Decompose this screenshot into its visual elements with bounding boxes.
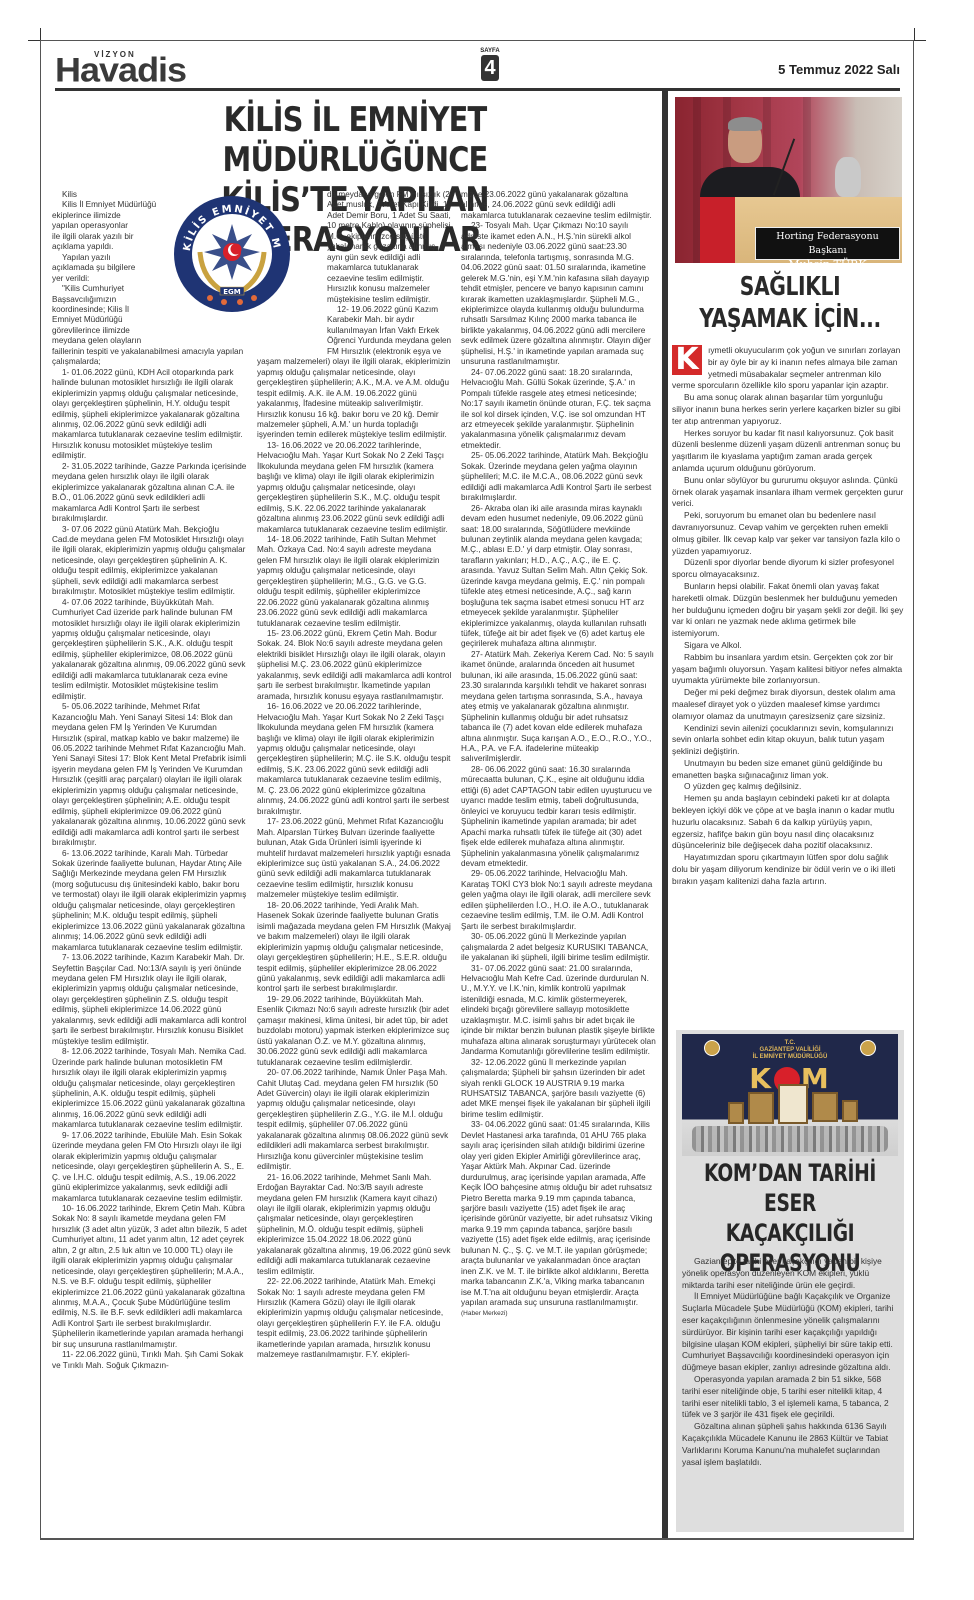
paragraph: 30- 05.06.2022 günü İl Merkezinde yapıla… bbox=[461, 932, 656, 963]
seized-painting bbox=[728, 1102, 744, 1124]
kom-headline-line-1: KOM’DAN TARİHİ bbox=[701, 1158, 879, 1188]
paragraph: mizce 23.06.2022 günü yakalanarak gözalt… bbox=[461, 190, 656, 221]
paragraph: 26- Akraba olan iki aile arasında miras … bbox=[461, 504, 656, 650]
photo-caption: Horting Federasyonu Başkanı Muhsin TÜRK bbox=[755, 227, 900, 260]
paragraph: Sigara ve Alkol. bbox=[672, 640, 904, 652]
paragraph: 28- 06.06.2022 günü saat: 16.30 sıraları… bbox=[461, 765, 656, 870]
paragraph: O yüzden geç kalmış değilsiniz. bbox=[672, 781, 904, 793]
paragraph: Bunların hepsi olabilir. Fakat önemli ol… bbox=[672, 581, 904, 640]
paragraph: Değer mi peki değmez bırak diyorsun, des… bbox=[672, 687, 904, 722]
paragraph: 31- 07.06.2022 günü saat: 21.00 sıraları… bbox=[461, 964, 656, 1058]
seized-painting bbox=[842, 1100, 858, 1122]
paragraph: Gaziantep'te tarihi eser kaçakçılığı yap… bbox=[682, 1256, 900, 1291]
paragraph: 6- 13.06.2022 tarihinde, Karalı Mah. Tür… bbox=[52, 849, 247, 954]
opinion-title-line-1: SAĞLIKLI bbox=[698, 271, 882, 303]
page-number: 4 bbox=[481, 55, 499, 81]
seized-painting bbox=[812, 1092, 838, 1122]
kom-photo: T.C. GAZİANTEP VALİLİĞİ İL EMNİYET MÜDÜR… bbox=[682, 1034, 898, 1156]
paragraph: İl Emniyet Müdürlüğüne bağlı Kaçakçılık … bbox=[682, 1291, 900, 1374]
crop-mark-top-right-h bbox=[914, 40, 926, 41]
paragraph: 2- 31.05.2022 tarihinde, Gazze Parkında … bbox=[52, 462, 247, 525]
main-article: KİLİS EMNİYET MÜDÜRLÜĞÜ EGM Kilis Kilis … bbox=[52, 190, 656, 1540]
paragraph: 32- 12.06.2022 günü İl merkezinde yapıla… bbox=[461, 1058, 656, 1121]
paragraph: 23- Tosyalı Mah. Uçar Çıkmazı No:10 sayı… bbox=[461, 221, 656, 367]
caption-name: Muhsin TÜRK bbox=[756, 258, 899, 263]
paragraph: 11- 22.06.2022 günü, Tırıklı Mah. Şıh Ca… bbox=[52, 1350, 247, 1371]
paragraph: Rabbim bu insanlara yardım etsin. Gerçek… bbox=[672, 652, 904, 687]
banner-text: T.C. GAZİANTEP VALİLİĞİ İL EMNİYET MÜDÜR… bbox=[682, 1040, 898, 1061]
kom-article: T.C. GAZİANTEP VALİLİĞİ İL EMNİYET MÜDÜR… bbox=[676, 1030, 904, 1532]
paragraph: Herkes soruyor bu kadar fit nasıl kalıyo… bbox=[672, 428, 904, 475]
author-photo: Horting Federasyonu Başkanı Muhsin TÜRK bbox=[675, 97, 902, 263]
paragraph: 27- Atatürk Mah. Zekeriya Kerem Cad. No:… bbox=[461, 650, 656, 765]
paragraph: 16- 16.06.2022 ve 20.06.2022 tarihlerind… bbox=[257, 702, 452, 817]
paragraph: 10- 16.06.2022 tarihinde, Ekrem Çetin Ma… bbox=[52, 1204, 247, 1350]
seized-painting bbox=[778, 1084, 808, 1124]
banner-line: T.C. bbox=[682, 1040, 898, 1047]
page-number-badge: SAYFA 4 bbox=[475, 48, 505, 81]
article-column-1: Kilis Kilis İl Emniyet Müdürlüğü ekipler… bbox=[52, 190, 247, 1371]
source-credit: (Haber Merkezi) bbox=[461, 1310, 508, 1317]
paragraph: 8- 12.06.2022 tarihinde, Tosyalı Mah. Ne… bbox=[52, 1047, 247, 1131]
paragraph: 33- 04.06.2022 günü saat: 01:45 sıraları… bbox=[461, 1120, 652, 1307]
masthead: VİZYON Havadis SAYFA 4 5 Temmuz 2022 Sal… bbox=[55, 48, 900, 90]
paragraph: 13- 16.06.2022 ve 20.06.2022 tarihlerind… bbox=[257, 441, 452, 535]
paragraph: ıymetli okuyucularım çok yoğun ve sınırl… bbox=[672, 345, 900, 390]
dropcap-letter: K bbox=[672, 345, 702, 375]
article-column-2: da meydana gelen FM Hırsızlık (2 Adet mu… bbox=[257, 190, 452, 1361]
paragraph: 18- 20.06.2022 tarihinde, Yedi Aralık Ma… bbox=[257, 901, 452, 995]
paragraph: 5- 05.06.2022 tarihinde, Mehmet Rıfat Ka… bbox=[52, 702, 247, 848]
opinion-title: SAĞLIKLI YAŞAMAK İÇİN... bbox=[698, 271, 882, 335]
paragraph: 21- 16.06.2022 tarihinde, Mehmet Sanlı M… bbox=[257, 1173, 452, 1278]
masthead-rule bbox=[55, 88, 900, 91]
paragraph: 29- 05.06.2022 tarihinde, Helvacıoğlu Ma… bbox=[461, 869, 656, 932]
headline-line-1: KİLİS İL EMNİYET MÜDÜRLÜĞÜNCE bbox=[100, 100, 610, 180]
paragraph: Bu ama sonuç olarak alınan başarılar tüm… bbox=[672, 392, 904, 427]
crop-mark-top-left-v bbox=[40, 28, 41, 40]
paragraph: 3- 07.06 2022 günü Atatürk Mah. Bekçioğl… bbox=[52, 525, 247, 598]
caption-title: Horting Federasyonu Başkanı bbox=[756, 230, 899, 258]
banner-line: GAZİANTEP VALİLİĞİ bbox=[682, 1047, 898, 1054]
paragraph: Peki, soruyorum bu emanet olan bu bedenl… bbox=[672, 510, 904, 557]
paragraph: 7- 13.06.2022 tarihinde, Kazım Karabekir… bbox=[52, 953, 247, 1047]
kom-headline-line-2: ESER KAÇAKÇILIĞI bbox=[701, 1188, 879, 1248]
paragraph: Unutmayın bu beden size emanet günü geld… bbox=[672, 758, 904, 782]
paragraph: 14- 18.06.2022 tarihinde, Fatih Sultan M… bbox=[257, 535, 452, 629]
crop-mark-top-left-h bbox=[28, 40, 40, 41]
newspaper-logo[interactable]: VİZYON Havadis bbox=[55, 50, 205, 88]
paragraph: 19- 29.06.2022 tarihinde, Büyükkütah Mah… bbox=[257, 995, 452, 1068]
kom-body: Gaziantep'te tarihi eser kaçakçılığı yap… bbox=[682, 1256, 900, 1468]
opinion-title-line-2: YAŞAMAK İÇİN... bbox=[698, 303, 882, 335]
seized-painting bbox=[748, 1092, 774, 1124]
logo-title: Havadis bbox=[55, 53, 186, 87]
kom-letter-k: K bbox=[749, 1062, 773, 1095]
paragraph: 20- 07.06.2022 tarihinde, Namık Ünler Pa… bbox=[257, 1068, 452, 1173]
paragraph: 22- 22.06.2022 tarihinde, Atatürk Mah. E… bbox=[257, 1277, 452, 1361]
paragraph: Hayatımızdan sporu çıkartmayın lütfen sp… bbox=[672, 852, 904, 887]
opinion-body: Kıymetli okuyucularım çok yoğun ve sınır… bbox=[672, 345, 908, 888]
paragraph: Hemen şu anda başlayın cebindeki paketi … bbox=[672, 793, 904, 852]
paragraph: 9- 17.06.2022 tarihinde, Ebulüle Mah. Es… bbox=[52, 1131, 247, 1204]
paragraph: Kendinizi sevin ailenizi çocuklarınızı s… bbox=[672, 723, 904, 758]
banner-line: İL EMNİYET MÜDÜRLÜĞÜ bbox=[682, 1054, 898, 1061]
issue-date: 5 Temmuz 2022 Salı bbox=[778, 62, 900, 77]
paragraph: Bunu onlar söylüyor bu gururumu okşuyor … bbox=[672, 475, 904, 510]
crop-mark-top-right-v bbox=[914, 28, 915, 40]
seized-coins bbox=[692, 1126, 888, 1152]
paragraph: 17- 23.06.2022 günü, Mehmet Rıfat Kazanc… bbox=[257, 817, 452, 901]
paragraph: Operasyonda yapılan aramada 2 bin 51 sik… bbox=[682, 1374, 900, 1421]
article-column-3: mizce 23.06.2022 günü yakalanarak gözalt… bbox=[461, 190, 656, 1320]
paragraph: 4- 07.06 2022 tarihinde, Büyükkütah Mah.… bbox=[52, 598, 247, 703]
paragraph: Düzenli spor diyorlar bende diyorum ki s… bbox=[672, 557, 904, 581]
paragraph: Gözaltına alınan şüpheli şahıs hakkında … bbox=[682, 1421, 900, 1468]
paragraph: 25- 05.06.2022 tarihinde, Atatürk Mah. B… bbox=[461, 451, 656, 503]
column-divider bbox=[662, 90, 668, 1538]
paragraph: 1- 01.06.2022 günü, KDH Acil otoparkında… bbox=[52, 368, 247, 462]
page-label: SAYFA bbox=[475, 48, 505, 54]
opinion-column: Horting Federasyonu Başkanı Muhsin TÜRK … bbox=[672, 97, 908, 888]
plush-toy bbox=[835, 157, 861, 197]
paragraph: 15- 23.06.2022 günü, Ekrem Çetin Mah. Bo… bbox=[257, 629, 452, 702]
paragraph: 24- 07.06.2022 günü saat: 18.20 sıraları… bbox=[461, 368, 656, 452]
